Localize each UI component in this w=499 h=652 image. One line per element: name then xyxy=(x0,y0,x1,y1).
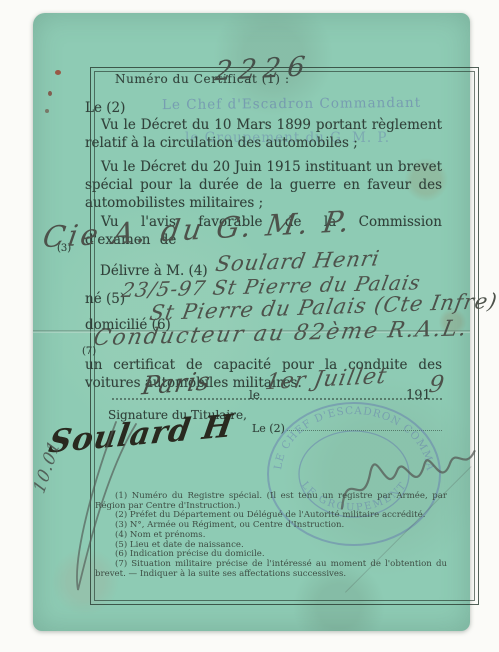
date-le-printed: le xyxy=(249,388,260,402)
footnote-7: (7) Situation militaire précise de l'int… xyxy=(95,560,447,579)
certificate-number-value: 2226 xyxy=(213,51,313,87)
decree-1899-paragraph: Vu le Décret du 10 Mars 1899 portant règ… xyxy=(85,116,442,152)
decree-1915-paragraph: Vu le Décret du 20 Juin 1915 instituant … xyxy=(85,158,442,212)
ink-speck xyxy=(45,109,49,113)
city-handwritten: Paris xyxy=(140,366,213,400)
certificate-paragraph: un certificat de capacité pour la condui… xyxy=(85,356,442,392)
le-label: Le (2) xyxy=(85,99,125,117)
footnotes-block: (1) Numéro du Registre spécial. (Il est … xyxy=(95,492,447,579)
ink-speck xyxy=(48,91,52,96)
ink-speck xyxy=(55,70,61,75)
footnote-1: (1) Numéro du Registre spécial. (Il est … xyxy=(95,492,447,511)
scanned-certificate: Le Chef d'Escadron Commandant le Groupem… xyxy=(0,0,499,652)
stamp-text-top: Le Chef d'Escadron Commandant xyxy=(162,95,421,113)
